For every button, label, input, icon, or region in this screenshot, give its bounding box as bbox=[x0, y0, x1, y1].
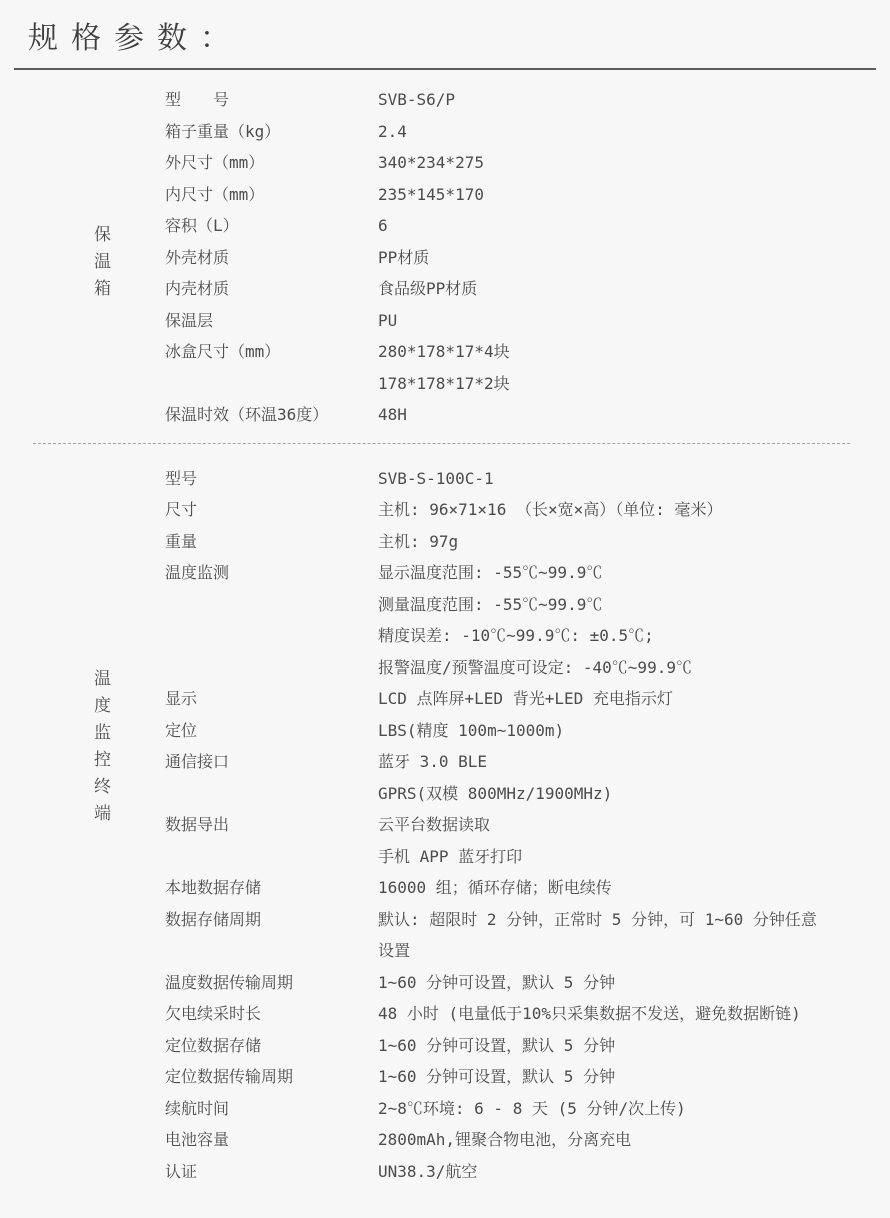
spec-row: 内尺寸（mm） 235*145*170 bbox=[165, 179, 890, 211]
spec-label: 续航时间 bbox=[165, 1093, 378, 1125]
spec-values: 6 bbox=[378, 210, 890, 242]
spec-row: 外壳材质 PP材质 bbox=[165, 242, 890, 274]
spec-value: PU bbox=[378, 305, 890, 337]
group-label: 温度监控终端 bbox=[88, 669, 113, 831]
spec-values: UN38.3/航空 bbox=[378, 1156, 890, 1188]
spec-row: 容积（L） 6 bbox=[165, 210, 890, 242]
spec-label: 重量 bbox=[165, 526, 378, 558]
spec-values: PU bbox=[378, 305, 890, 337]
spec-row: 通信接口 蓝牙 3.0 BLEGPRS(双模 800MHz/1900MHz) bbox=[165, 746, 890, 809]
spec-rows: 型 号 SVB-S6/P 箱子重量（kg） 2.4 外尺寸（mm） 340*23… bbox=[165, 70, 890, 443]
spec-row: 箱子重量（kg） 2.4 bbox=[165, 116, 890, 148]
spec-value: SVB-S6/P bbox=[378, 84, 890, 116]
spec-label: 保温时效（环温36度） bbox=[165, 399, 378, 431]
spec-row: 定位 LBS(精度 100m~1000m) bbox=[165, 715, 890, 747]
spec-value: 2800mAh,锂聚合物电池，分离充电 bbox=[378, 1124, 890, 1156]
spec-label: 定位数据存储 bbox=[165, 1030, 378, 1062]
spec-value: 6 bbox=[378, 210, 890, 242]
spec-values: 16000 组；循环存储；断电续传 bbox=[378, 872, 890, 904]
spec-row: 电池容量 2800mAh,锂聚合物电池，分离充电 bbox=[165, 1124, 890, 1156]
spec-page: 规格参数： 保温箱 型 号 SVB-S6/P 箱子重量（kg） 2.4 外尺寸（… bbox=[0, 0, 890, 1218]
spec-values: 默认: 超限时 2 分钟，正常时 5 分钟，可 1~60 分钟任意设置 bbox=[378, 904, 890, 967]
group-label: 保温箱 bbox=[88, 225, 113, 306]
spec-row: 型 号 SVB-S6/P bbox=[165, 84, 890, 116]
spec-value: 食品级PP材质 bbox=[378, 273, 890, 305]
spec-value: 显示温度范围: -55℃~99.9℃ bbox=[378, 557, 890, 589]
spec-value: 1~60 分钟可设置，默认 5 分钟 bbox=[378, 1030, 890, 1062]
spec-value: 设置 bbox=[378, 935, 890, 967]
spec-row: 冰盒尺寸（mm） 280*178*17*4块178*178*17*2块 bbox=[165, 336, 890, 399]
spec-value: 报警温度/预警温度可设定: -40℃~99.9℃ bbox=[378, 652, 890, 684]
spec-values: 云平台数据读取手机 APP 蓝牙打印 bbox=[378, 809, 890, 872]
spec-label: 定位 bbox=[165, 715, 378, 747]
spec-values: 1~60 分钟可设置，默认 5 分钟 bbox=[378, 967, 890, 999]
spec-label: 通信接口 bbox=[165, 746, 378, 809]
spec-value: 默认: 超限时 2 分钟，正常时 5 分钟，可 1~60 分钟任意 bbox=[378, 904, 890, 936]
spec-values: 食品级PP材质 bbox=[378, 273, 890, 305]
spec-value: PP材质 bbox=[378, 242, 890, 274]
spec-label: 本地数据存储 bbox=[165, 872, 378, 904]
spec-row: 温度监测 显示温度范围: -55℃~99.9℃测量温度范围: -55℃~99.9… bbox=[165, 557, 890, 683]
spec-row: 数据存储周期 默认: 超限时 2 分钟，正常时 5 分钟，可 1~60 分钟任意… bbox=[165, 904, 890, 967]
spec-section: 保温箱 型 号 SVB-S6/P 箱子重量（kg） 2.4 外尺寸（mm） 34… bbox=[0, 70, 890, 443]
spec-value: 280*178*17*4块 bbox=[378, 336, 890, 368]
spec-row: 数据导出 云平台数据读取手机 APP 蓝牙打印 bbox=[165, 809, 890, 872]
spec-sections: 保温箱 型 号 SVB-S6/P 箱子重量（kg） 2.4 外尺寸（mm） 34… bbox=[0, 70, 890, 1187]
spec-label: 电池容量 bbox=[165, 1124, 378, 1156]
spec-label: 温度监测 bbox=[165, 557, 378, 683]
spec-values: 48 小时 (电量低于10%只采集数据不发送，避免数据断链) bbox=[378, 998, 890, 1030]
spec-value: 48H bbox=[378, 399, 890, 431]
spec-value: GPRS(双模 800MHz/1900MHz) bbox=[378, 778, 890, 810]
spec-row: 续航时间 2~8℃环境: 6 - 8 天 (5 分钟/次上传) bbox=[165, 1093, 890, 1125]
spec-label: 数据存储周期 bbox=[165, 904, 378, 967]
spec-rows: 型号 SVB-S-100C-1 尺寸 主机: 96×71×16 （长×宽×高）（… bbox=[165, 444, 890, 1188]
spec-value: 云平台数据读取 bbox=[378, 809, 890, 841]
spec-value: 2.4 bbox=[378, 116, 890, 148]
spec-value: 蓝牙 3.0 BLE bbox=[378, 746, 890, 778]
spec-row: 型号 SVB-S-100C-1 bbox=[165, 463, 890, 495]
spec-value: 主机: 96×71×16 （长×宽×高）（单位: 毫米） bbox=[378, 494, 890, 526]
spec-label: 定位数据传输周期 bbox=[165, 1061, 378, 1093]
spec-values: 48H bbox=[378, 399, 890, 431]
spec-values: 280*178*17*4块178*178*17*2块 bbox=[378, 336, 890, 399]
spec-value: SVB-S-100C-1 bbox=[378, 463, 890, 495]
spec-value: 手机 APP 蓝牙打印 bbox=[378, 841, 890, 873]
spec-row: 保温层 PU bbox=[165, 305, 890, 337]
spec-label: 保温层 bbox=[165, 305, 378, 337]
spec-value: 1~60 分钟可设置，默认 5 分钟 bbox=[378, 1061, 890, 1093]
spec-values: SVB-S6/P bbox=[378, 84, 890, 116]
spec-label: 欠电续采时长 bbox=[165, 998, 378, 1030]
spec-values: 蓝牙 3.0 BLEGPRS(双模 800MHz/1900MHz) bbox=[378, 746, 890, 809]
spec-value: 178*178*17*2块 bbox=[378, 368, 890, 400]
spec-values: LCD 点阵屏+LED 背光+LED 充电指示灯 bbox=[378, 683, 890, 715]
spec-values: 235*145*170 bbox=[378, 179, 890, 211]
spec-value: 235*145*170 bbox=[378, 179, 890, 211]
spec-row: 认证 UN38.3/航空 bbox=[165, 1156, 890, 1188]
spec-row: 本地数据存储 16000 组；循环存储；断电续传 bbox=[165, 872, 890, 904]
spec-label: 箱子重量（kg） bbox=[165, 116, 378, 148]
spec-row: 内壳材质 食品级PP材质 bbox=[165, 273, 890, 305]
spec-value: 1~60 分钟可设置，默认 5 分钟 bbox=[378, 967, 890, 999]
spec-label: 内壳材质 bbox=[165, 273, 378, 305]
spec-label: 型 号 bbox=[165, 84, 378, 116]
spec-value: 测量温度范围: -55℃~99.9℃ bbox=[378, 589, 890, 621]
spec-label: 显示 bbox=[165, 683, 378, 715]
spec-row: 定位数据传输周期 1~60 分钟可设置，默认 5 分钟 bbox=[165, 1061, 890, 1093]
spec-values: 340*234*275 bbox=[378, 147, 890, 179]
spec-values: 主机: 97g bbox=[378, 526, 890, 558]
spec-label: 冰盒尺寸（mm） bbox=[165, 336, 378, 399]
spec-label: 外尺寸（mm） bbox=[165, 147, 378, 179]
spec-label: 内尺寸（mm） bbox=[165, 179, 378, 211]
spec-values: LBS(精度 100m~1000m) bbox=[378, 715, 890, 747]
spec-label: 容积（L） bbox=[165, 210, 378, 242]
spec-values: 1~60 分钟可设置，默认 5 分钟 bbox=[378, 1030, 890, 1062]
spec-row: 显示 LCD 点阵屏+LED 背光+LED 充电指示灯 bbox=[165, 683, 890, 715]
spec-row: 保温时效（环温36度） 48H bbox=[165, 399, 890, 431]
spec-value: LCD 点阵屏+LED 背光+LED 充电指示灯 bbox=[378, 683, 890, 715]
spec-values: 主机: 96×71×16 （长×宽×高）（单位: 毫米） bbox=[378, 494, 890, 526]
spec-row: 欠电续采时长 48 小时 (电量低于10%只采集数据不发送，避免数据断链) bbox=[165, 998, 890, 1030]
spec-label: 温度数据传输周期 bbox=[165, 967, 378, 999]
spec-value: LBS(精度 100m~1000m) bbox=[378, 715, 890, 747]
spec-value: 340*234*275 bbox=[378, 147, 890, 179]
spec-value: 16000 组；循环存储；断电续传 bbox=[378, 872, 890, 904]
spec-values: 2800mAh,锂聚合物电池，分离充电 bbox=[378, 1124, 890, 1156]
spec-label: 型号 bbox=[165, 463, 378, 495]
spec-label: 外壳材质 bbox=[165, 242, 378, 274]
spec-row: 温度数据传输周期 1~60 分钟可设置，默认 5 分钟 bbox=[165, 967, 890, 999]
spec-section: 温度监控终端 型号 SVB-S-100C-1 尺寸 主机: 96×71×16 （… bbox=[0, 444, 890, 1188]
spec-label: 认证 bbox=[165, 1156, 378, 1188]
spec-values: PP材质 bbox=[378, 242, 890, 274]
spec-row: 重量 主机: 97g bbox=[165, 526, 890, 558]
spec-value: 精度误差: -10℃~99.9℃: ±0.5℃; bbox=[378, 620, 890, 652]
spec-row: 定位数据存储 1~60 分钟可设置，默认 5 分钟 bbox=[165, 1030, 890, 1062]
spec-values: 2.4 bbox=[378, 116, 890, 148]
spec-label: 尺寸 bbox=[165, 494, 378, 526]
spec-values: 2~8℃环境: 6 - 8 天 (5 分钟/次上传) bbox=[378, 1093, 890, 1125]
spec-value: UN38.3/航空 bbox=[378, 1156, 890, 1188]
spec-label: 数据导出 bbox=[165, 809, 378, 872]
spec-values: SVB-S-100C-1 bbox=[378, 463, 890, 495]
spec-value: 主机: 97g bbox=[378, 526, 890, 558]
spec-row: 外尺寸（mm） 340*234*275 bbox=[165, 147, 890, 179]
page-title: 规格参数： bbox=[0, 0, 890, 57]
spec-values: 显示温度范围: -55℃~99.9℃测量温度范围: -55℃~99.9℃精度误差… bbox=[378, 557, 890, 683]
spec-row: 尺寸 主机: 96×71×16 （长×宽×高）（单位: 毫米） bbox=[165, 494, 890, 526]
spec-values: 1~60 分钟可设置，默认 5 分钟 bbox=[378, 1061, 890, 1093]
spec-value: 48 小时 (电量低于10%只采集数据不发送，避免数据断链) bbox=[378, 998, 890, 1030]
spec-value: 2~8℃环境: 6 - 8 天 (5 分钟/次上传) bbox=[378, 1093, 890, 1125]
